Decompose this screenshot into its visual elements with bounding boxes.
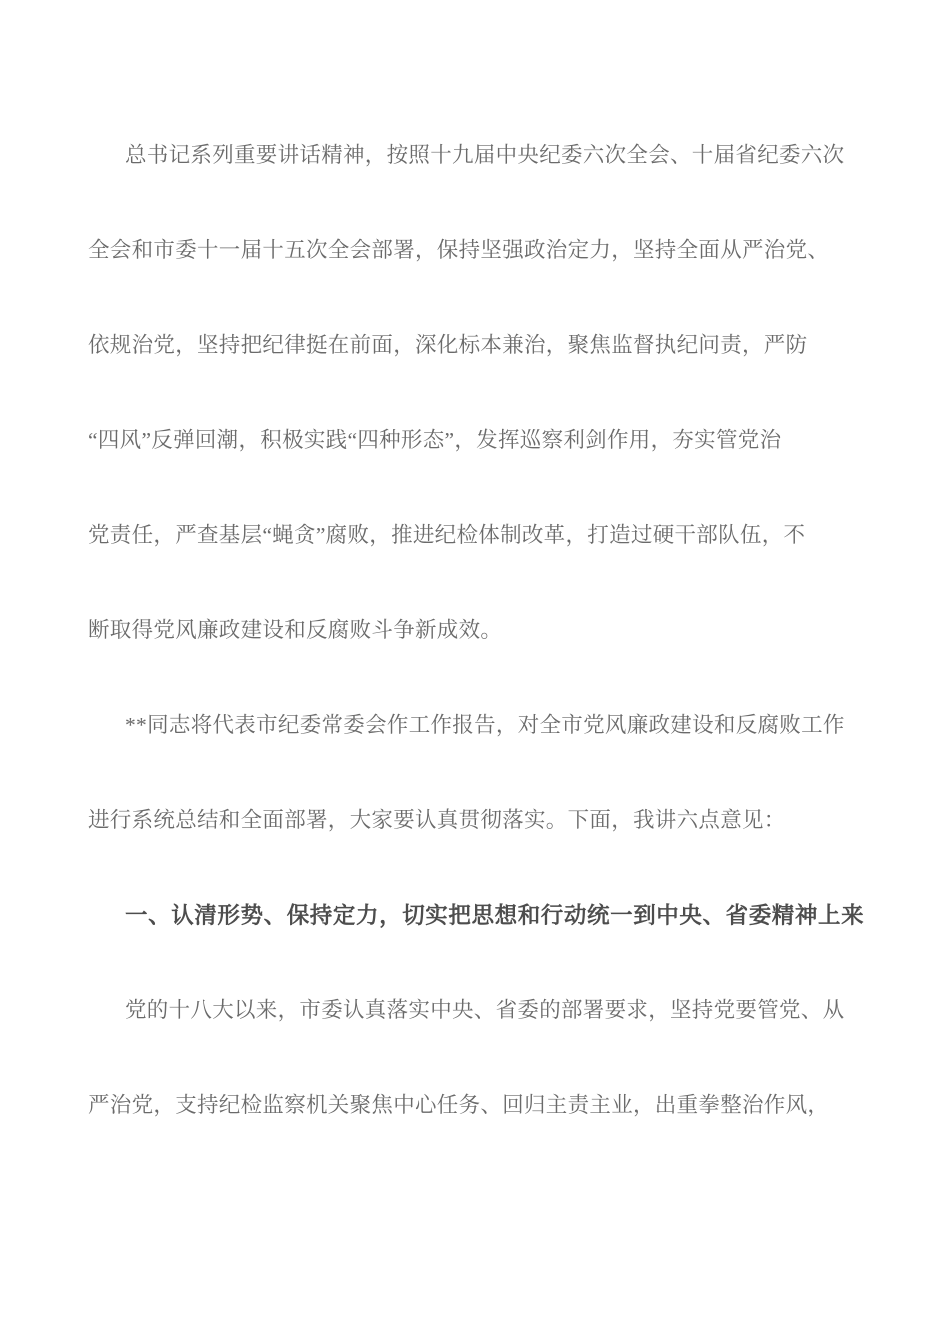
text-line: 党的十八大以来，市委认真落实中央、省委的部署要求，坚持党要管党、从 [88, 961, 874, 1056]
text-line: **同志将代表市纪委常委会作工作报告，对全市党风廉政建设和反腐败工作 [88, 676, 874, 771]
text-line: 依规治党，坚持把纪律挺在前面，深化标本兼治，聚焦监督执纪问责，严防 [88, 296, 874, 391]
text-line: 严治党，支持纪检监察机关聚焦中心任务、回归主责主业，出重拳整治作风， [88, 1056, 874, 1151]
text-line: 总书记系列重要讲话精神，按照十九届中央纪委六次全会、十届省纪委六次 [88, 106, 874, 201]
document-body: 总书记系列重要讲话精神，按照十九届中央纪委六次全会、十届省纪委六次全会和市委十一… [88, 106, 874, 1151]
text-line: 进行系统总结和全面部署，大家要认真贯彻落实。下面，我讲六点意见： [88, 771, 874, 866]
document-page: 总书记系列重要讲话精神，按照十九届中央纪委六次全会、十届省纪委六次全会和市委十一… [0, 0, 950, 1344]
text-line: “四风”反弹回潮，积极实践“四种形态”，发挥巡察利剑作用，夯实管党治 [88, 391, 874, 486]
text-line: 断取得党风廉政建设和反腐败斗争新成效。 [88, 581, 874, 676]
text-line: 党责任，严查基层“蝇贪”腐败，推进纪检体制改革，打造过硬干部队伍，不 [88, 486, 874, 581]
section-heading-line: 一、认清形势、保持定力，切实把思想和行动统一到中央、省委精神上来 [88, 866, 874, 961]
text-line: 全会和市委十一届十五次全会部署，保持坚强政治定力，坚持全面从严治党、 [88, 201, 874, 296]
